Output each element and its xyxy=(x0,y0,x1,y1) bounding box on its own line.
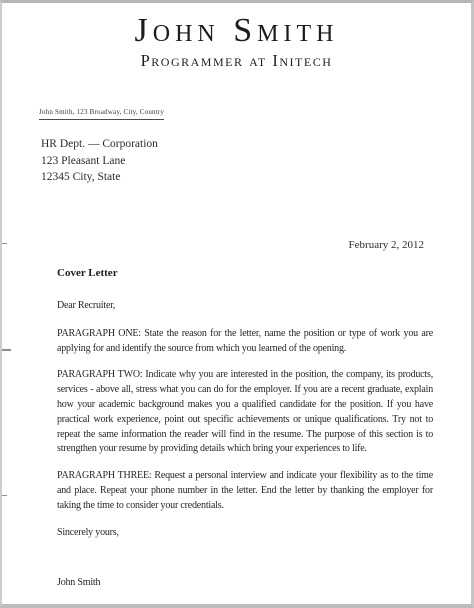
center-punch-mark xyxy=(2,349,11,351)
closing-valediction: Sincerely yours, xyxy=(57,526,433,541)
sender-address-line: John Smith, 123 Broadway, City, Country xyxy=(39,108,164,120)
paragraph-three: PARAGRAPH THREE: Request a personal inte… xyxy=(57,469,433,513)
letter-body: Dear Recruiter, PARAGRAPH ONE: State the… xyxy=(57,299,433,591)
letterhead-name: John Smith xyxy=(2,14,471,48)
paragraph-two: PARAGRAPH TWO: Indicate why you are inte… xyxy=(57,368,433,457)
fold-mark-bottom xyxy=(2,495,7,496)
salutation: Dear Recruiter, xyxy=(57,299,433,314)
letter-page: { "letter": { "header": { "name": "John … xyxy=(0,0,474,608)
recipient-line-2: 123 Pleasant Lane xyxy=(41,153,158,170)
letterhead-subtitle: Programmer at Initech xyxy=(2,53,471,70)
cover-letter-document: John Smith Programmer at Initech John Sm… xyxy=(2,3,471,604)
subject-line: Cover Letter xyxy=(57,267,118,279)
letter-date: February 2, 2012 xyxy=(349,239,424,251)
fold-mark-top xyxy=(2,243,7,244)
paragraph-one: PARAGRAPH ONE: State the reason for the … xyxy=(57,327,433,357)
recipient-line-1: HR Dept. — Corporation xyxy=(41,136,158,153)
recipient-address-block: HR Dept. — Corporation 123 Pleasant Lane… xyxy=(41,136,158,186)
recipient-line-3: 12345 City, State xyxy=(41,169,158,186)
signature-name: John Smith xyxy=(57,576,433,591)
